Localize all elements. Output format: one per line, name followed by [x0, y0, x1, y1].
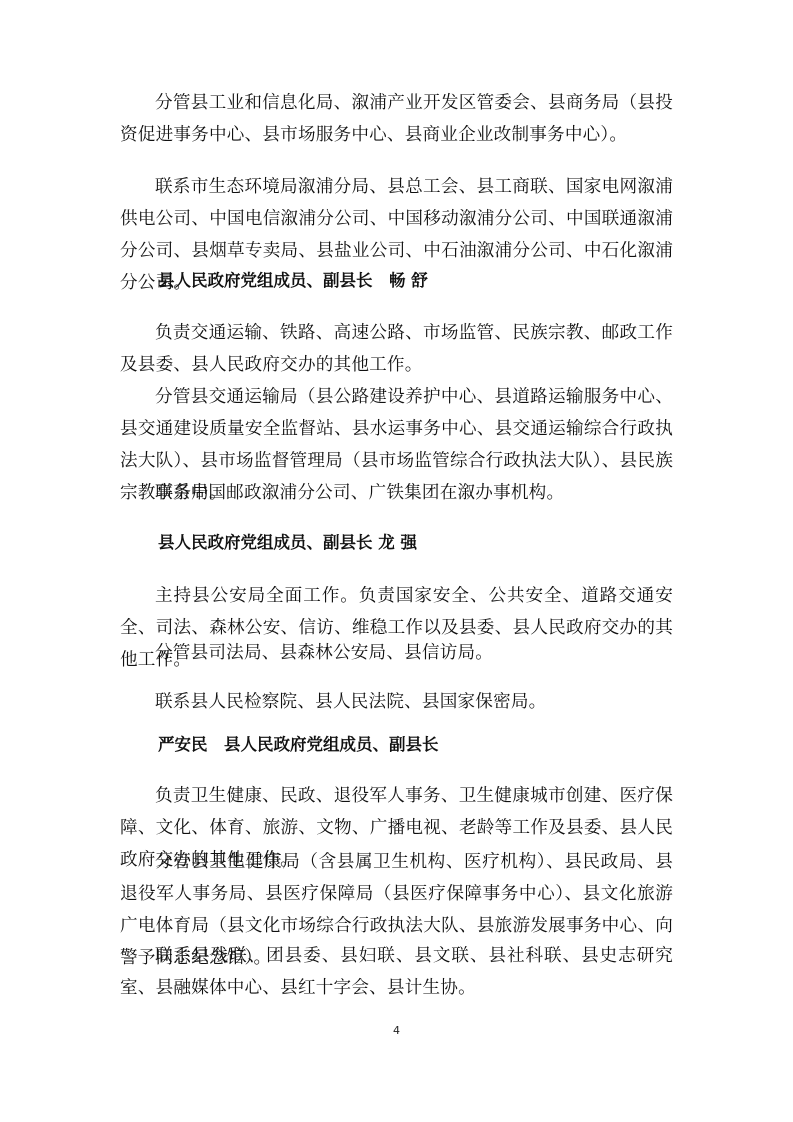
paragraph-chang-shu-liaison: 联系中国邮政溆浦分公司、广铁集团在溆办事机构。: [120, 477, 673, 509]
paragraph-yan-anmin-liaison: 联系县残联、团县委、县妇联、县文联、县社科联、县史志研究室、县融媒体中心、县红十…: [120, 940, 673, 1004]
page-number: 4: [0, 1024, 793, 1037]
paragraph-long-qiang-oversight: 分管县司法局、县森林公安局、县信访局。: [120, 637, 673, 669]
paragraph-chang-shu-responsibilities: 负责交通运输、铁路、高速公路、市场监管、民族宗教、邮政工作及县委、县人民政府交办…: [120, 317, 673, 381]
paragraph-industry-oversight: 分管县工业和信息化局、溆浦产业开发区管委会、县商务局（县投资促进事务中心、县市场…: [120, 87, 673, 151]
document-page: 分管县工业和信息化局、溆浦产业开发区管委会、县商务局（县投资促进事务中心、县市场…: [0, 0, 793, 1122]
heading-yan-anmin: 严安民 县人民政府党组成员、副县长: [158, 730, 439, 760]
paragraph-long-qiang-liaison: 联系县人民检察院、县人民法院、县国家保密局。: [120, 686, 673, 718]
heading-chang-shu: 县人民政府党组成员、副县长 畅 舒: [158, 266, 428, 296]
heading-long-qiang: 县人民政府党组成员、副县长 龙 强: [158, 528, 417, 558]
